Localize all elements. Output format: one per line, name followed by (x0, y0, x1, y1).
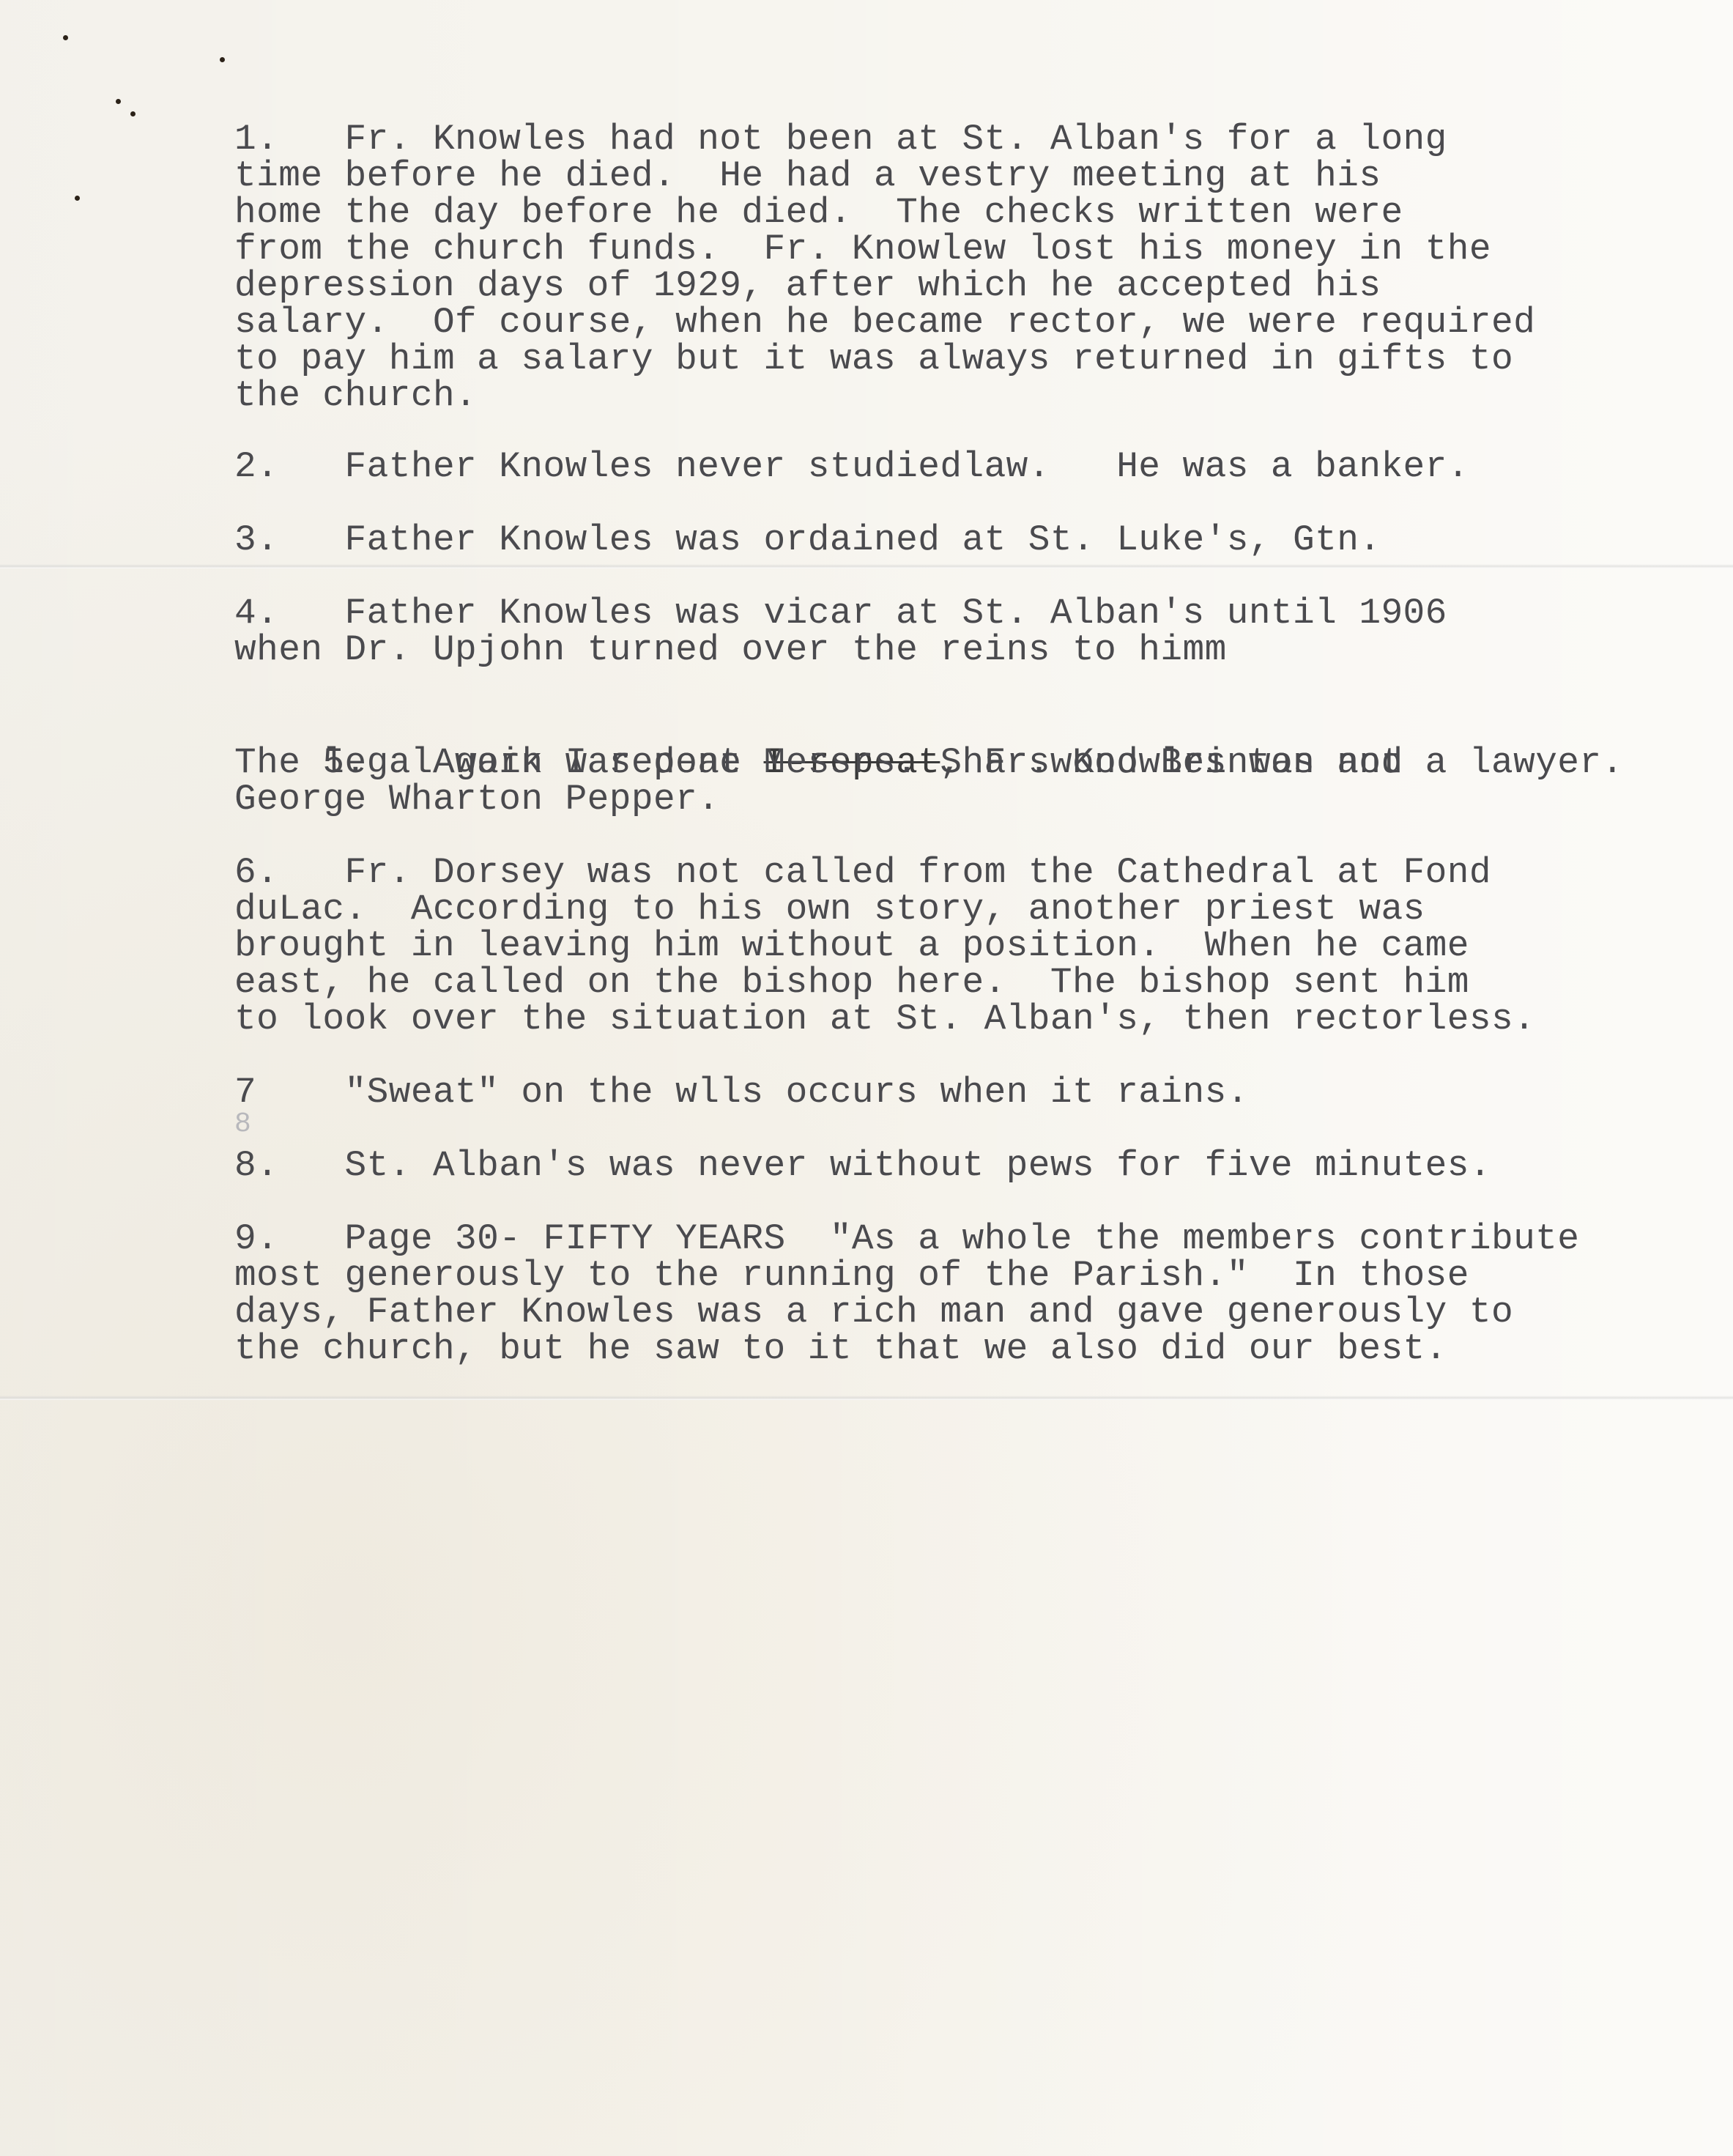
ghost-number-mark: 8 (234, 1106, 251, 1143)
item-1-line: 1. Fr. Knowles had not been at St. Alban… (234, 121, 1447, 158)
item-6-line: 6. Fr. Dorsey was not called from the Ca… (234, 854, 1491, 891)
item-1-line: depression days of 1929, after which he … (234, 267, 1381, 304)
paper-hole-mark (220, 57, 225, 62)
item-6-line: brought in leaving him without a positio… (234, 927, 1469, 964)
item-5-line: The legal work was done Messrs. Sharswoo… (234, 744, 1403, 781)
item-6-line: to look over the situation at St. Alban'… (234, 1001, 1535, 1037)
item-1-line: salary. Of course, when he became rector… (234, 304, 1535, 341)
paper-hole-mark (75, 196, 80, 201)
paper-hole-mark (63, 35, 68, 40)
item-1-line: to pay him a salary but it was always re… (234, 341, 1513, 377)
item-6-line: east, he called on the bishop here. The … (234, 964, 1469, 1001)
item-1-line: from the church funds. Fr. Knowlew lost … (234, 231, 1491, 267)
item-2-line: 2. Father Knowles never studiedlaw. He w… (234, 448, 1469, 485)
item-9-line: the church, but he saw to it that we als… (234, 1330, 1447, 1367)
item-6-line: duLac. According to his own story, anoth… (234, 891, 1425, 927)
item-9-line: 9. Page 30- FIFTY YEARS "As a whole the … (234, 1220, 1579, 1257)
item-1-line: the church. (234, 377, 477, 414)
paper-hole-mark (130, 111, 136, 116)
item-1-line: time before he died. He had a vestry mee… (234, 158, 1381, 194)
item-5-line: George Wharton Pepper. (234, 781, 719, 818)
item-9-line: days, Father Knowles was a rich man and … (234, 1294, 1513, 1330)
paper-hole-mark (116, 99, 121, 104)
item-7-line: 7 "Sweat" on the wlls occurs when it rai… (234, 1074, 1249, 1111)
item-3-line: 3. Father Knowles was ordained at St. Lu… (234, 522, 1381, 558)
item-4-line: 4. Father Knowles was vicar at St. Alban… (234, 595, 1447, 631)
paper-fold-crease (0, 564, 1733, 568)
paper-fold-crease (0, 1396, 1733, 1400)
item-8-line: 8. St. Alban's was never without pews fo… (234, 1147, 1491, 1184)
item-9-line: most generously to the running of the Pa… (234, 1257, 1469, 1294)
item-4-line: when Dr. Upjohn turned over the reins to… (234, 631, 1227, 668)
item-1-line: home the day before he died. The checks … (234, 194, 1403, 231)
